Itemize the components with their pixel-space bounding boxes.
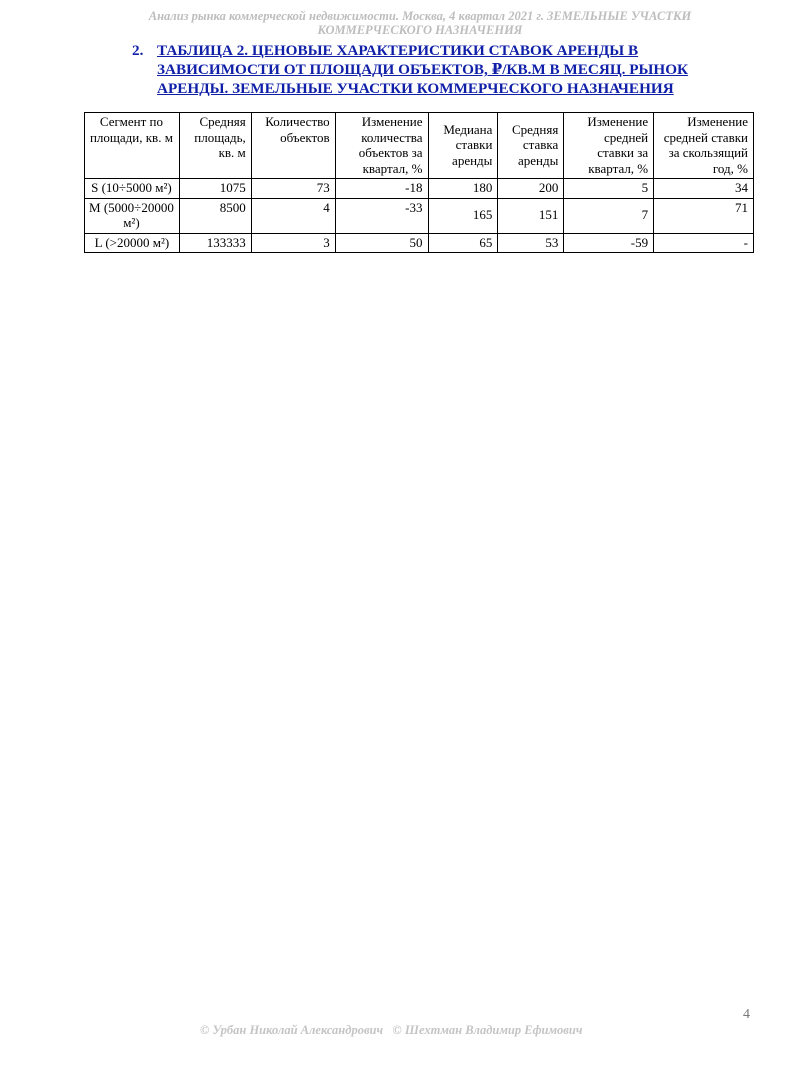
column-header: Сегмент по площади, кв. м <box>85 113 180 179</box>
column-header: Средняя площадь, кв. м <box>179 113 251 179</box>
column-header: Медиана ставки аренды <box>428 113 498 179</box>
column-header: Средняя ставка аренды <box>498 113 564 179</box>
table-cell: 165 <box>428 198 498 233</box>
segment-cell: L (>20000 м²) <box>85 233 180 253</box>
table-cell: 3 <box>251 233 335 253</box>
table-cell: -18 <box>335 179 428 199</box>
footer-copyright: © Урбан Николай Александрович © Шехтман … <box>200 1023 582 1038</box>
table-row: L (>20000 м²) 133333 3 50 65 53 -59 - <box>85 233 754 253</box>
table-cell: 1075 <box>179 179 251 199</box>
table-cell: -33 <box>335 198 428 233</box>
table-cell: 180 <box>428 179 498 199</box>
column-header: Изменение средней ставки за квартал, % <box>564 113 654 179</box>
heading-number: 2. <box>132 41 143 60</box>
table-heading: 2. ТАБЛИЦА 2. ЦЕНОВЫЕ ХАРАКТЕРИСТИКИ СТА… <box>132 41 732 98</box>
segment-cell: M (5000÷20000 м²) <box>85 198 180 233</box>
rent-rates-table: Сегмент по площади, кв. м Средняя площад… <box>84 112 754 253</box>
table-cell: 65 <box>428 233 498 253</box>
table-cell: 8500 <box>179 198 251 233</box>
table-cell: 71 <box>654 198 754 233</box>
table-cell: 200 <box>498 179 564 199</box>
table-cell: 50 <box>335 233 428 253</box>
table-cell: 7 <box>564 198 654 233</box>
table-cell: 151 <box>498 198 564 233</box>
column-header: Изменение средней ставки за скользящий г… <box>654 113 754 179</box>
table-cell: 133333 <box>179 233 251 253</box>
table-cell: 34 <box>654 179 754 199</box>
running-header: Анализ рынка коммерческой недвижимости. … <box>100 9 740 37</box>
table-row: M (5000÷20000 м²) 8500 4 -33 165 151 7 7… <box>85 198 754 233</box>
column-header: Количество объектов <box>251 113 335 179</box>
heading-title: ТАБЛИЦА 2. ЦЕНОВЫЕ ХАРАКТЕРИСТИКИ СТАВОК… <box>157 41 732 98</box>
segment-cell: S (10÷5000 м²) <box>85 179 180 199</box>
table-row: S (10÷5000 м²) 1075 73 -18 180 200 5 34 <box>85 179 754 199</box>
table-cell: 53 <box>498 233 564 253</box>
table-cell: 5 <box>564 179 654 199</box>
table-header-row: Сегмент по площади, кв. м Средняя площад… <box>85 113 754 179</box>
page-number: 4 <box>743 1007 750 1023</box>
table-cell: 73 <box>251 179 335 199</box>
column-header: Изменение количества объектов за квартал… <box>335 113 428 179</box>
table-cell: - <box>654 233 754 253</box>
table-cell: 4 <box>251 198 335 233</box>
table-cell: -59 <box>564 233 654 253</box>
